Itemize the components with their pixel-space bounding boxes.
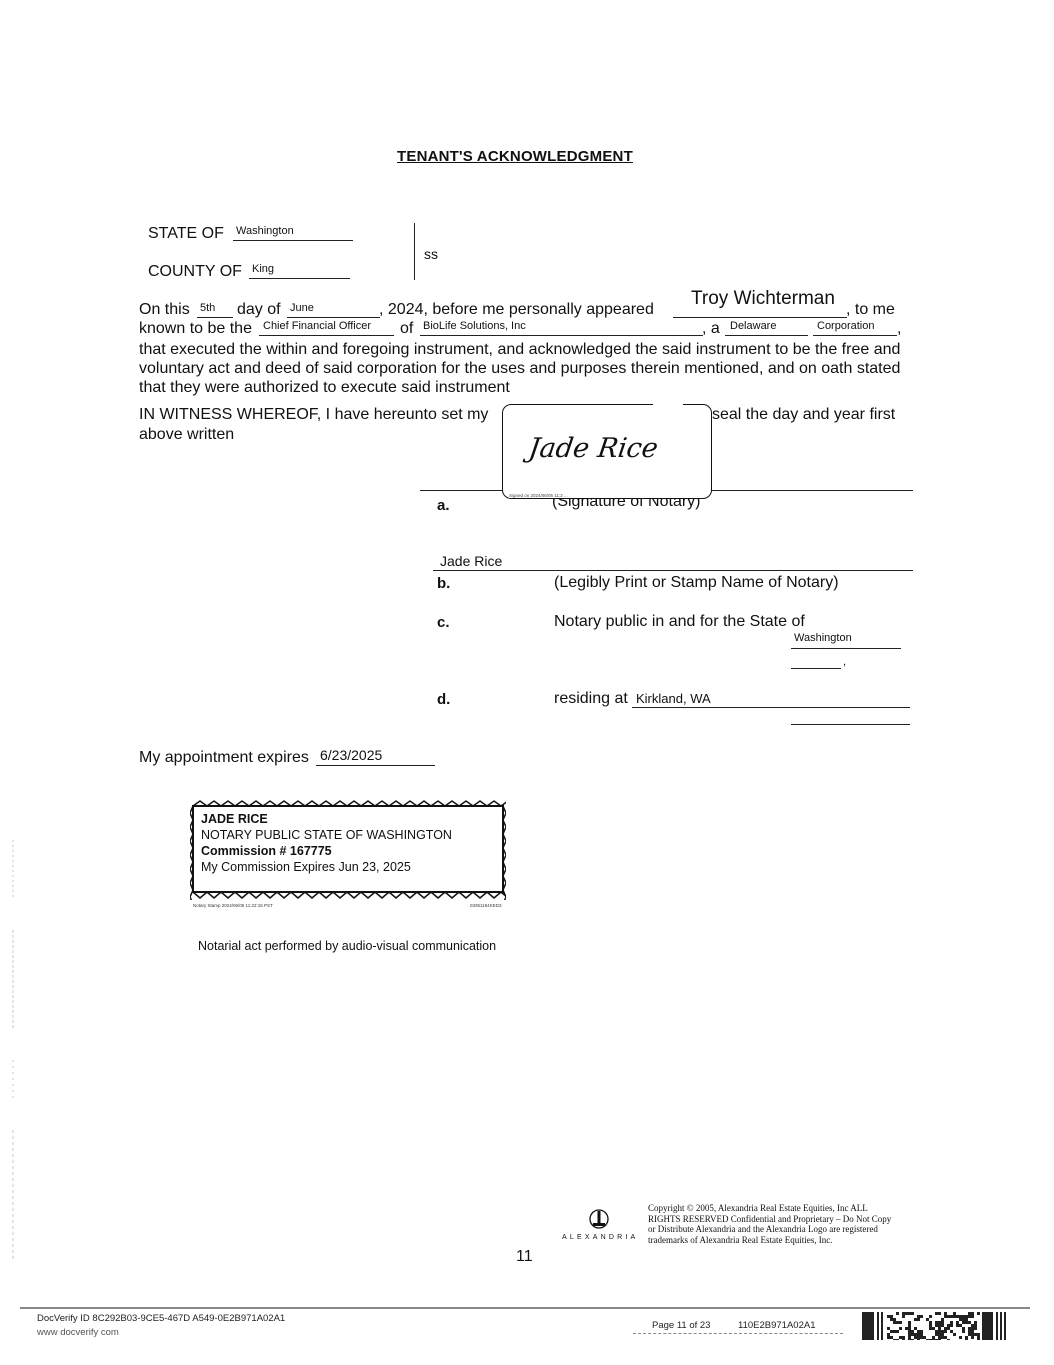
month-value: June bbox=[290, 302, 314, 314]
stamp-commission-expires: My Commission Expires Jun 23, 2025 bbox=[201, 859, 452, 875]
company-underline bbox=[420, 335, 703, 336]
incorporation-underline bbox=[725, 335, 808, 336]
signed-timestamp: Signed on 2024/06/05 11:2 ... bbox=[509, 493, 568, 498]
page-number: 11 bbox=[516, 1248, 533, 1266]
notary-state-comma: , bbox=[843, 656, 846, 668]
acknowledgment-body: that executed the within and foregoing i… bbox=[139, 340, 919, 397]
alexandria-logo-icon bbox=[586, 1208, 612, 1232]
copyright-notice: Copyright © 2005, Alexandria Real Estate… bbox=[648, 1203, 898, 1245]
item-d-label: d. bbox=[437, 691, 450, 708]
entity-underline bbox=[813, 335, 897, 336]
stamp-notary-name: JADE RICE bbox=[201, 811, 452, 827]
officer-underline bbox=[259, 335, 394, 336]
a-label: , a bbox=[702, 320, 720, 338]
residence-underline bbox=[632, 707, 910, 708]
ss-label: ss bbox=[424, 246, 438, 262]
item-d-caption: residing at bbox=[554, 690, 628, 708]
document-title: TENANT'S ACKNOWLEDGMENT bbox=[397, 148, 633, 165]
notary-state-value: Washington bbox=[794, 632, 852, 644]
docverify-underline bbox=[633, 1333, 843, 1334]
appointment-label: My appointment expires bbox=[139, 749, 309, 767]
appeared-name: Troy Wichterman bbox=[691, 288, 835, 310]
month-underline bbox=[287, 317, 380, 318]
footer-divider bbox=[20, 1307, 1030, 1309]
docverify-page-label: Page 11 of 23 bbox=[652, 1320, 710, 1331]
docverify-doc-code: 110E2B971A02A1 bbox=[738, 1320, 815, 1331]
day-of-label: day of bbox=[237, 301, 281, 319]
witness-text-line2: above written bbox=[139, 426, 234, 444]
item-c-label: c. bbox=[437, 614, 450, 631]
venue-bracket bbox=[414, 223, 415, 280]
appeared-underline bbox=[673, 317, 847, 318]
docverify-id: DocVerify ID 8C292B03-9CE5-467D A549-0E2… bbox=[37, 1313, 285, 1324]
residence-underline-2 bbox=[791, 724, 910, 725]
witness-text-start: IN WITNESS WHEREOF, I have hereunto set … bbox=[139, 406, 488, 424]
item-c-caption: Notary public in and for the State of bbox=[554, 613, 805, 631]
stamp-caption-left: Notary Stamp 2024/06/05 11:22:15 PST bbox=[193, 903, 273, 908]
of-label: of bbox=[400, 320, 413, 338]
item-b-caption: (Legibly Print or Stamp Name of Notary) bbox=[554, 574, 839, 592]
alexandria-logo-text: ALEXANDRIA bbox=[562, 1234, 638, 1241]
state-value: Washington bbox=[236, 225, 294, 237]
day-value: 5th bbox=[200, 302, 215, 314]
line2-comma: , bbox=[897, 320, 901, 338]
state-underline bbox=[233, 240, 353, 241]
entity-type: Corporation bbox=[817, 320, 874, 332]
company-value: BioLife Solutions, Inc bbox=[423, 320, 526, 332]
notary-signature: Jade Rice bbox=[527, 433, 660, 464]
notary-state-underline-2 bbox=[791, 668, 841, 669]
printed-notary-name: Jade Rice bbox=[440, 553, 502, 569]
stamp-caption-right: 03351184KED3 bbox=[470, 903, 501, 908]
notary-stamp-text: JADE RICE NOTARY PUBLIC STATE OF WASHING… bbox=[201, 811, 452, 875]
stamp-commission-number: Commission # 167775 bbox=[201, 843, 452, 859]
stamp-notary-title: NOTARY PUBLIC STATE OF WASHINGTON bbox=[201, 827, 452, 843]
officer-title-value: Chief Financial Officer bbox=[263, 320, 371, 332]
item-a-label: a. bbox=[437, 497, 450, 514]
to-me-text: , to me bbox=[846, 301, 895, 319]
on-this-label: On this bbox=[139, 301, 190, 319]
county-underline bbox=[249, 278, 350, 279]
known-to-be-label: known to be the bbox=[139, 320, 252, 338]
electronic-signature-box: Jade Rice Signed on 2024/06/05 11:2 ... bbox=[502, 404, 712, 499]
printed-name-line bbox=[433, 570, 913, 571]
side-margin-watermark bbox=[4, 840, 22, 1260]
year-text: , 2024, before me personally appeared bbox=[379, 301, 654, 319]
appointment-underline bbox=[316, 765, 435, 766]
residence-value: Kirkland, WA bbox=[636, 691, 711, 706]
appointment-value: 6/23/2025 bbox=[320, 747, 382, 763]
notary-state-underline bbox=[791, 648, 901, 649]
county-label: COUNTY OF bbox=[148, 263, 242, 281]
day-underline bbox=[197, 317, 233, 318]
docverify-barcode bbox=[862, 1312, 1008, 1340]
item-b-label: b. bbox=[437, 575, 450, 592]
docverify-website[interactable]: www docverify com bbox=[37, 1327, 119, 1338]
notarial-act-note: Notarial act performed by audio-visual c… bbox=[198, 939, 496, 953]
witness-text-end: seal the day and year first bbox=[712, 406, 895, 424]
county-value: King bbox=[252, 263, 274, 275]
state-of-incorporation: Delaware bbox=[730, 320, 776, 332]
state-label: STATE OF bbox=[148, 225, 224, 243]
